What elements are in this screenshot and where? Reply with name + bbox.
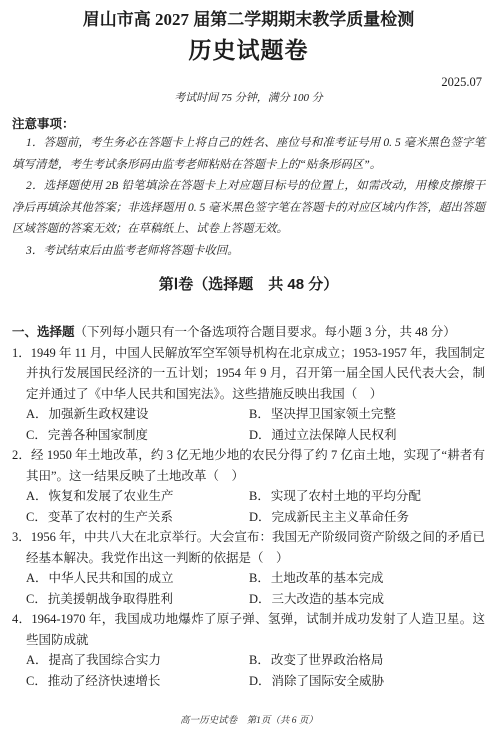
question-3-stem: 1956 年，中共八大在北京举行。大会宣布：我国无产阶级同资产阶级之间的矛盾已经… xyxy=(26,530,485,565)
option-2-c: C．变革了农村的生产关系 xyxy=(26,507,249,528)
question-1-options: A．加强新生政权建设 B．坚决捍卫国家领土完整 C．完善各种国家制度 D．通过立… xyxy=(12,404,485,445)
part-description: （下列每小题只有一个备选项符合题目要求。每小题 3 分，共 48 分） xyxy=(75,325,456,339)
notice-item-1: 1．答题前，考生务必在答题卡上将自己的姓名、座位号和准考证号用 0. 5 毫米黑… xyxy=(12,133,485,176)
question-2-options: A．恢复和发展了农业生产 B．实现了农村土地的平均分配 C．变革了农村的生产关系… xyxy=(12,486,485,527)
question-1-number: 1． xyxy=(12,346,31,360)
question-4-options: A．提高了我国综合实力 B．改变了世界政治格局 C．推动了经济快速增长 D．消除… xyxy=(12,650,485,691)
question-1: 1．1949 年 11 月，中国人民解放军空军领导机构在北京成立；1953-19… xyxy=(12,343,485,446)
question-4: 4．1964-1970 年，我国成功地爆炸了原子弹、氢弹，试制并成功发射了人造卫… xyxy=(12,609,485,691)
exam-duration-score: 考试时间 75 分钟，满分 100 分 xyxy=(12,91,485,106)
question-2-stem: 经 1950 年土地改革，约 3 亿无地少地的农民分得了约 7 亿亩土地，实现了… xyxy=(26,448,485,483)
option-1-b: B．坚决捍卫国家领土完整 xyxy=(249,404,485,425)
option-2-a: A．恢复和发展了农业生产 xyxy=(26,486,249,507)
option-3-a: A．中华人民共和国的成立 xyxy=(26,568,249,589)
option-4-b: B．改变了世界政治格局 xyxy=(249,650,485,671)
page-footer: 高一历史试卷 第1页（共 6 页） xyxy=(0,712,498,726)
question-2-number: 2． xyxy=(12,448,31,462)
multiple-choice-header: 一、选择题（下列每小题只有一个备选项符合题目要求。每小题 3 分，共 48 分） xyxy=(12,322,485,343)
notice-item-2: 2．选择题使用 2B 铅笔填涂在答题卡上对应题目标号的位置上，如需改动，用橡皮擦… xyxy=(12,176,485,241)
notice-heading: 注意事项： xyxy=(12,115,485,133)
question-3-options: A．中华人民共和国的成立 B．土地改革的基本完成 C．抗美援朝战争取得胜利 D．… xyxy=(12,568,485,609)
option-4-d: D．消除了国际安全威胁 xyxy=(249,671,485,692)
option-3-c: C．抗美援朝战争取得胜利 xyxy=(26,589,249,610)
option-1-c: C．完善各种国家制度 xyxy=(26,425,249,446)
exam-page: 眉山市高 2027 届第二学期期末教学质量检测 历史试题卷 2025.07 考试… xyxy=(0,0,498,691)
option-2-d: D．完成新民主主义革命任务 xyxy=(249,507,485,528)
option-3-b: B．土地改革的基本完成 xyxy=(249,568,485,589)
page-title: 眉山市高 2027 届第二学期期末教学质量检测 xyxy=(12,9,485,30)
question-2: 2．经 1950 年土地改革，约 3 亿无地少地的农民分得了约 7 亿亩土地，实… xyxy=(12,445,485,527)
option-3-d: D．三大改造的基本完成 xyxy=(249,589,485,610)
question-4-stem: 1964-1970 年，我国成功地爆炸了原子弹、氢弹，试制并成功发射了人造卫星。… xyxy=(26,612,485,647)
option-1-a: A．加强新生政权建设 xyxy=(26,404,249,425)
option-1-d: D．通过立法保障人民权利 xyxy=(249,425,485,446)
paper-subtitle: 历史试题卷 xyxy=(12,37,485,64)
option-4-c: C．推动了经济快速增长 xyxy=(26,671,249,692)
question-4-number: 4． xyxy=(12,612,31,626)
question-3-number: 3． xyxy=(12,530,31,544)
notice-item-3: 3．考试结束后由监考老师将答题卡收回。 xyxy=(12,241,485,263)
option-2-b: B．实现了农村土地的平均分配 xyxy=(249,486,485,507)
section-1-heading: 第Ⅰ卷（选择题 共 48 分） xyxy=(12,275,485,295)
option-4-a: A．提高了我国综合实力 xyxy=(26,650,249,671)
exam-date: 2025.07 xyxy=(12,75,485,90)
part-label: 一、选择题 xyxy=(12,325,75,339)
question-3: 3．1956 年，中共八大在北京举行。大会宣布：我国无产阶级同资产阶级之间的矛盾… xyxy=(12,527,485,609)
question-1-stem: 1949 年 11 月，中国人民解放军空军领导机构在北京成立；1953-1957… xyxy=(26,346,485,401)
